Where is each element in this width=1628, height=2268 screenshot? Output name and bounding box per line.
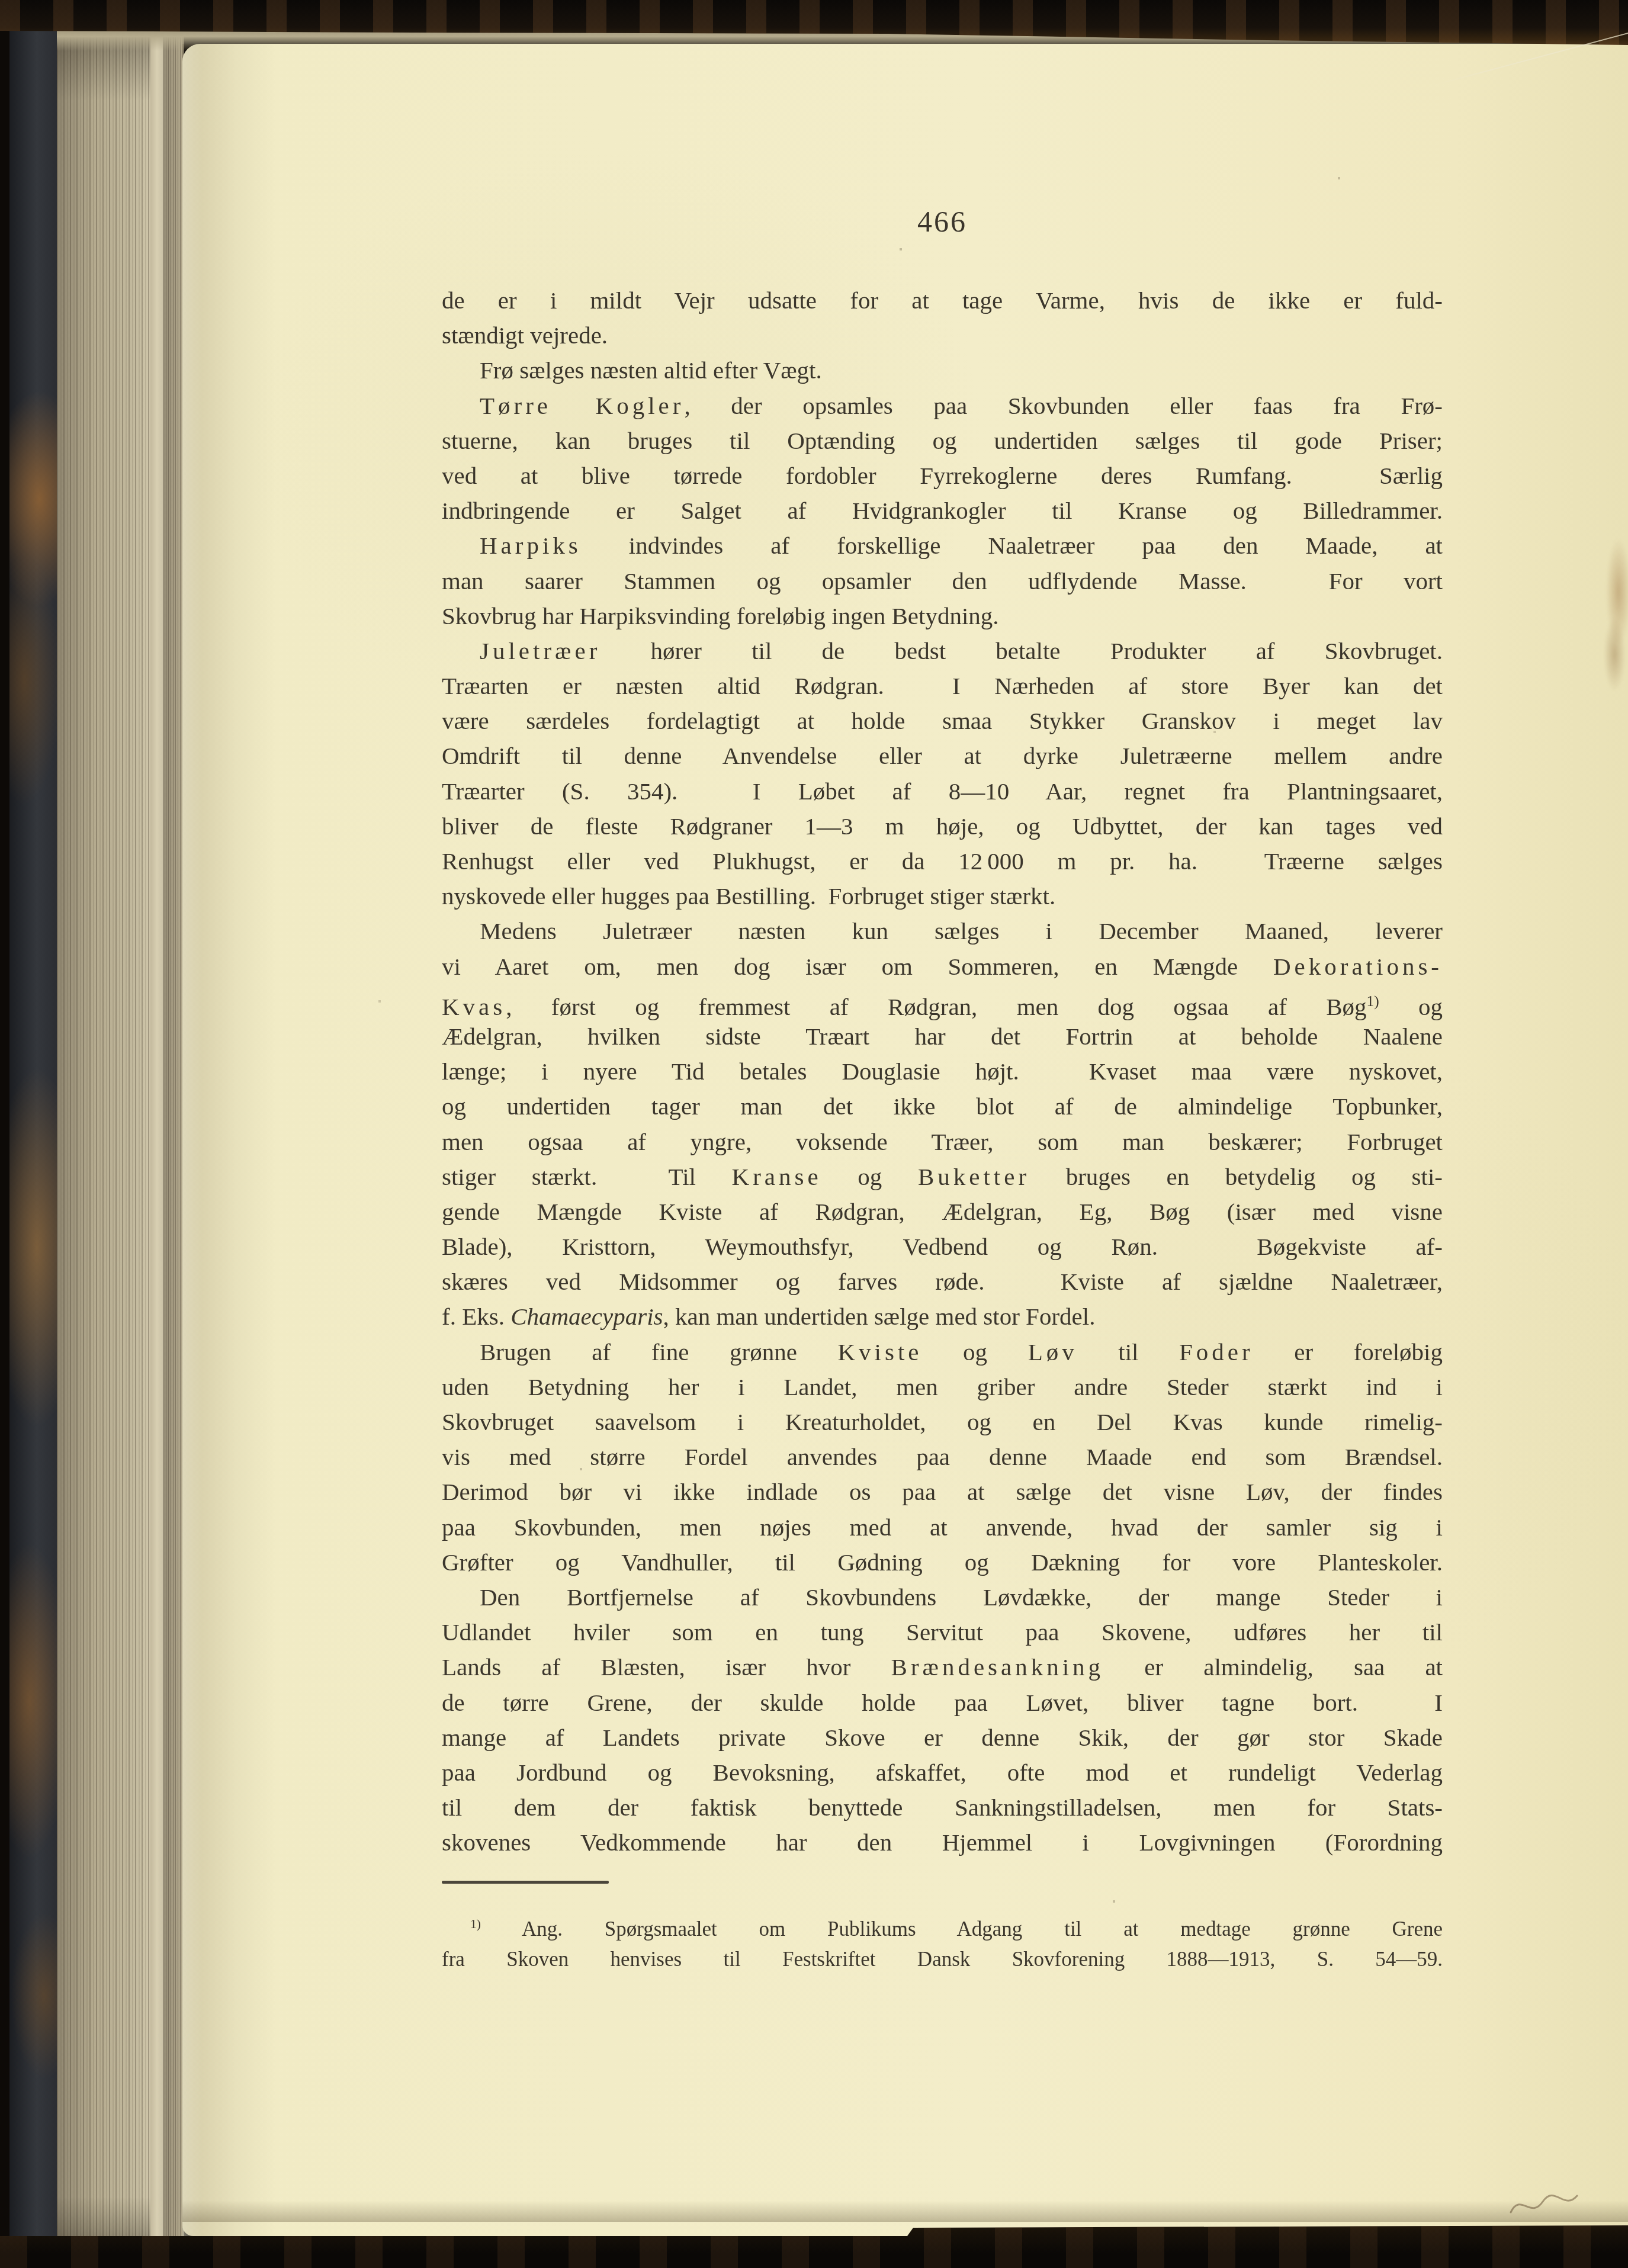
book-cover-marbled-edge: [9, 0, 59, 2268]
text-line: stiger stærkt. Til Kranse og Buketter br…: [442, 1159, 1443, 1194]
text-line: 1) Ang. Spørgsmaalet om Publikums Adgang…: [442, 1906, 1443, 1942]
text-line: stuerne, kan bruges til Optænding og und…: [442, 423, 1443, 458]
page-edge-stack-inner: [163, 0, 184, 2268]
text-line: indbringende er Salget af Hvidgrankogler…: [442, 493, 1443, 528]
text-line: Træarter (S. 354). I Løbet af 8—10 Aar, …: [442, 774, 1443, 809]
text-line: Juletræer hører til de bedst betalte Pro…: [442, 634, 1443, 669]
text-line: Kvas, først og fremmest af Rødgran, men …: [442, 984, 1443, 1019]
text-line: Omdrift til denne Anvendelse eller at dy…: [442, 738, 1443, 773]
text-line: skovenes Vedkommende har den Hjemmel i L…: [442, 1825, 1443, 1860]
text-line: Harpiks indvindes af forskellige Naaletr…: [442, 528, 1443, 563]
text-line: paa Skovbunden, men nøjes med at anvende…: [442, 1510, 1443, 1545]
text-line: paa Jordbund og Bevoksning, afskaffet, o…: [442, 1755, 1443, 1790]
book-scan: 466 de er i mildt Vejr udsatte for at ta…: [0, 0, 1628, 2268]
text-line: Renhugst eller ved Plukhugst, er da 12 0…: [442, 844, 1443, 879]
text-line: de tørre Grene, der skulde holde paa Løv…: [442, 1685, 1443, 1720]
text-line: Lands af Blæsten, især hvor Brændesankni…: [442, 1650, 1443, 1685]
page-number: 466: [442, 207, 1443, 236]
footnote-text: 1) Ang. Spørgsmaalet om Publikums Adgang…: [442, 1906, 1443, 1977]
text-line: Udlandet hviler som en tung Servitut paa…: [442, 1615, 1443, 1650]
text-line: Brugen af fine grønne Kviste og Løv til …: [442, 1335, 1443, 1370]
text-line: man saarer Stammen og opsamler den udfly…: [442, 564, 1443, 599]
text-line: Frø sælges næsten altid efter Vægt.: [442, 353, 1443, 388]
text-line: vis med større Fordel anvendes paa denne…: [442, 1440, 1443, 1474]
footnote-separator: [442, 1881, 609, 1884]
text-line: skæres ved Midsommer og farves røde. Kvi…: [442, 1264, 1443, 1299]
text-line: mange af Landets private Skove er denne …: [442, 1720, 1443, 1755]
text-line: længe; i nyere Tid betales Douglasie høj…: [442, 1054, 1443, 1089]
text-line: Ædelgran, hvilken sidste Træart har det …: [442, 1019, 1443, 1054]
text-line: Skovbrug har Harpiksvinding foreløbig in…: [442, 599, 1443, 634]
text-line: Tørre Kogler, der opsamles paa Skovbunde…: [442, 388, 1443, 423]
page-edge-gap: [150, 0, 163, 2268]
page-bottom-shadow: [182, 2200, 1628, 2222]
text-line: nyskovede eller hugges paa Bestilling. F…: [442, 879, 1443, 914]
text-line: men ogsaa af yngre, voksende Træer, som …: [442, 1125, 1443, 1159]
text-line: Skovbruget saavelsom i Kreaturholdet, og…: [442, 1405, 1443, 1440]
text-line: uden Betydning her i Landet, men griber …: [442, 1370, 1443, 1405]
text-line: gende Mængde Kviste af Rødgran, Ædelgran…: [442, 1194, 1443, 1229]
text-line: f. Eks. Chamaecyparis, kan man undertide…: [442, 1299, 1443, 1334]
text-line: Træarten er næsten altid Rødgran. I Nærh…: [442, 669, 1443, 703]
text-line: Medens Juletræer næsten kun sælges i Dec…: [442, 914, 1443, 949]
text-line: vi Aaret om, men dog især om Sommeren, e…: [442, 949, 1443, 984]
text-line: Grøfter og Vandhuller, til Gødning og Dæ…: [442, 1545, 1443, 1580]
stain: [1592, 521, 1628, 699]
text-line: og undertiden tager man det ikke blot af…: [442, 1089, 1443, 1124]
text-line: bliver de fleste Rødgraner 1—3 m høje, o…: [442, 809, 1443, 844]
page-edge-stack-left: [57, 0, 150, 2268]
text-line: være særdeles fordelagtigt at holde smaa…: [442, 703, 1443, 738]
text-line: Derimod bør vi ikke indlade os paa at sæ…: [442, 1474, 1443, 1509]
text-line: de er i mildt Vejr udsatte for at tage V…: [442, 283, 1443, 318]
text-line: til dem der faktisk benyttede Sankningst…: [442, 1790, 1443, 1825]
text-line: Den Bortfjernelse af Skovbundens Løvdækk…: [442, 1580, 1443, 1615]
text-line: fra Skoven henvises til Festskriftet Dan…: [442, 1942, 1443, 1977]
text-line: stændigt vejrede.: [442, 318, 1443, 353]
text-line: Blade), Kristtorn, Weymouthsfyr, Vedbend…: [442, 1229, 1443, 1264]
body-text: de er i mildt Vejr udsatte for at tage V…: [442, 283, 1443, 1860]
text-line: ved at blive tørrede fordobler Fyrrekogl…: [442, 458, 1443, 493]
